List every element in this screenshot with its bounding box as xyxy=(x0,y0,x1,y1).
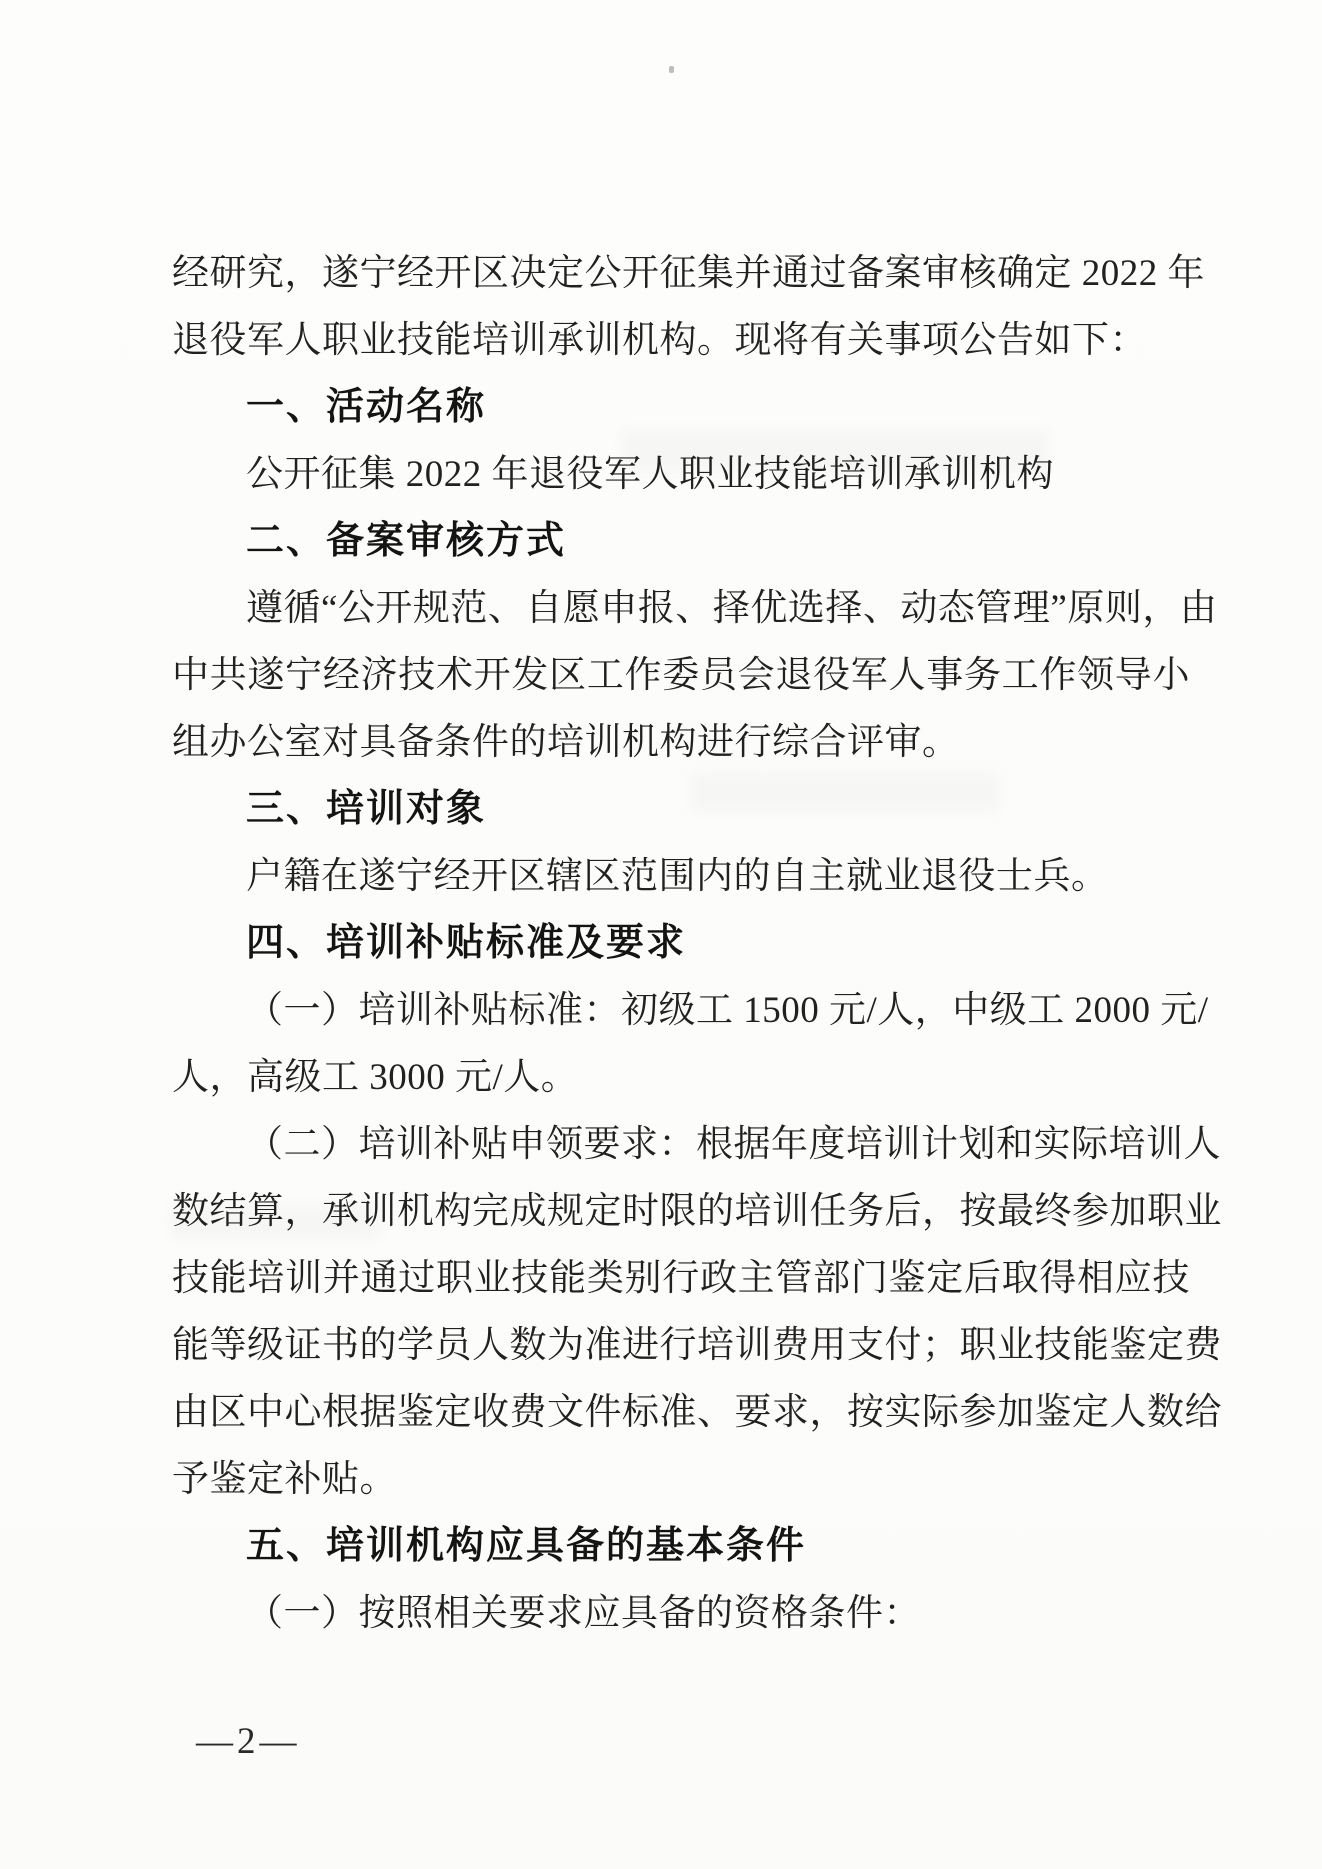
document-page: 经研究，遂宁经开区决定公开征集并通过备案审核确定 2022 年退役军人职业技能培… xyxy=(0,0,1322,1869)
page-number: —2— xyxy=(196,1712,301,1772)
section-heading: 三、培训对象 xyxy=(172,776,1190,843)
text-line: （一）培训补贴标准：初级工 1500 元/人，中级工 2000 元/ xyxy=(172,977,1190,1044)
text-line: 能等级证书的学员人数为准进行培训费用支付；职业技能鉴定费 xyxy=(172,1312,1190,1379)
text-line: 经研究，遂宁经开区决定公开征集并通过备案审核确定 2022 年 xyxy=(172,240,1190,307)
text-line: （二）培训补贴申领要求：根据年度培训计划和实际培训人 xyxy=(172,1111,1190,1178)
section-heading: 五、培训机构应具备的基本条件 xyxy=(172,1513,1190,1580)
text-line: 数结算，承训机构完成规定时限的培训任务后，按最终参加职业 xyxy=(172,1178,1190,1245)
text-line: 予鉴定补贴。 xyxy=(172,1446,1190,1513)
text-line: （一）按照相关要求应具备的资格条件： xyxy=(172,1580,1190,1647)
text-line: 技能培训并通过职业技能类别行政主管部门鉴定后取得相应技 xyxy=(172,1245,1190,1312)
text-line: 退役军人职业技能培训承训机构。现将有关事项公告如下： xyxy=(172,307,1190,374)
text-line: 人，高级工 3000 元/人。 xyxy=(172,1044,1190,1111)
section-heading: 四、培训补贴标准及要求 xyxy=(172,910,1190,977)
text-line: 组办公室对具备条件的培训机构进行综合评审。 xyxy=(172,709,1190,776)
section-heading: 二、备案审核方式 xyxy=(172,508,1190,575)
text-line: 遵循“公开规范、自愿申报、择优选择、动态管理”原则，由 xyxy=(172,575,1190,642)
text-block: 经研究，遂宁经开区决定公开征集并通过备案审核确定 2022 年退役军人职业技能培… xyxy=(172,240,1190,1647)
text-line: 由区中心根据鉴定收费文件标准、要求，按实际参加鉴定人数给 xyxy=(172,1379,1190,1446)
text-line: 户籍在遂宁经开区辖区范围内的自主就业退役士兵。 xyxy=(172,843,1190,910)
text-line: 公开征集 2022 年退役军人职业技能培训承训机构 xyxy=(172,441,1190,508)
section-heading: 一、活动名称 xyxy=(172,374,1190,441)
scan-speck xyxy=(669,66,674,73)
text-line: 中共遂宁经济技术开发区工作委员会退役军人事务工作领导小 xyxy=(172,642,1190,709)
